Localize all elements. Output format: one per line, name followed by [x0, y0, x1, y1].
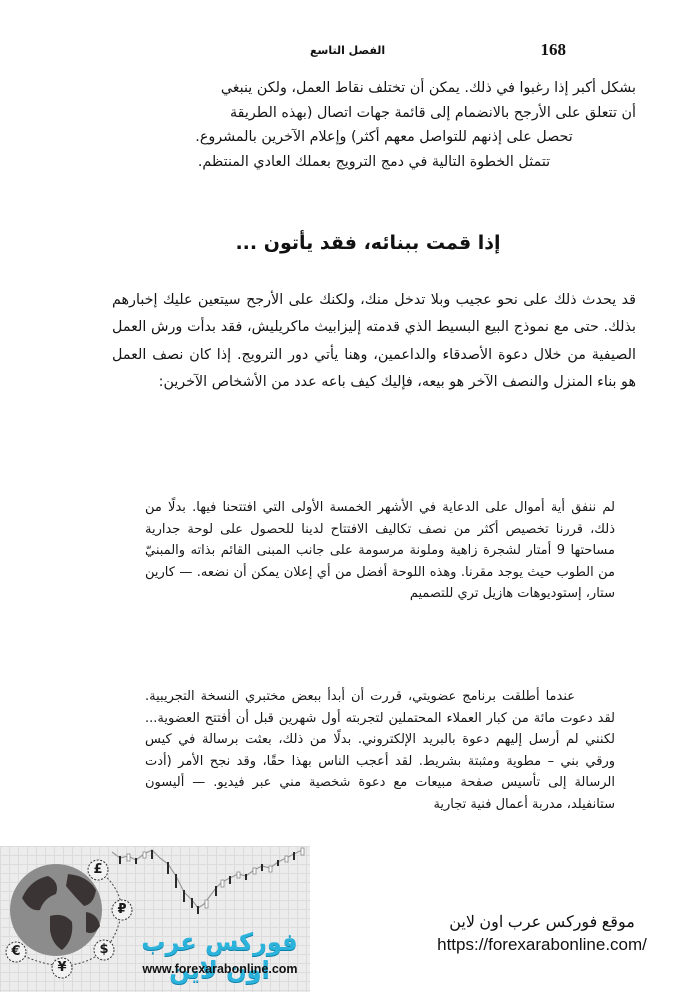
- intro-line: بشكل أكبر إذا رغبوا في ذلك. يمكن أن تختل…: [112, 76, 636, 101]
- intro-line: أن تتعلق على الأرجح بالانضمام إلى قائمة …: [112, 101, 636, 126]
- footer-site-info: موقع فوركس عرب اون لاين https://forexara…: [392, 912, 692, 956]
- pound-icon: £: [91, 862, 105, 877]
- section-paragraph-text: قد يحدث ذلك على نحو عجيب وبلا تدخل منك، …: [112, 287, 636, 396]
- logo-url: www.forexarabonline.com: [130, 962, 310, 976]
- intro-paragraph: بشكل أكبر إذا رغبوا في ذلك. يمكن أن تختل…: [112, 76, 636, 174]
- quote-block: عندما أطلقت برنامج عضويتي، قررت أن أبدأ …: [145, 673, 615, 828]
- dollar-icon: $: [97, 942, 111, 957]
- ruble-icon: ₽: [115, 902, 129, 917]
- chapter-title: الفصل التاسع: [310, 44, 385, 57]
- euro-icon: €: [9, 944, 23, 959]
- section-heading: إذا قمت ببنائه، فقد يأتون ...: [200, 232, 536, 254]
- quote-text: عندما أطلقت برنامج عضويتي، قررت أن أبدأ …: [145, 686, 615, 815]
- site-name: موقع فوركس عرب اون لاين: [392, 912, 692, 934]
- next-step-line: تتمثل الخطوة التالية في دمج الترويج بعمل…: [112, 150, 636, 175]
- watermark-logo: £ ₽ $ ¥ € فوركس عرب اون لاين www.forexar…: [0, 846, 310, 992]
- quote-text: لم ننفق أية أموال على الدعاية في الأشهر …: [145, 497, 615, 605]
- yen-icon: ¥: [55, 960, 69, 975]
- page-number: 168: [541, 40, 567, 60]
- section-paragraph: قد يحدث ذلك على نحو عجيب وبلا تدخل منك، …: [112, 287, 636, 396]
- intro-line: تحصل على إذنهم للتواصل معهم أكثر) وإعلام…: [112, 125, 636, 150]
- page-header: الفصل التاسع 168: [280, 40, 580, 62]
- quote-block: لم ننفق أية أموال على الدعاية في الأشهر …: [145, 484, 615, 618]
- site-url-link[interactable]: https://forexarabonline.com/: [392, 934, 692, 956]
